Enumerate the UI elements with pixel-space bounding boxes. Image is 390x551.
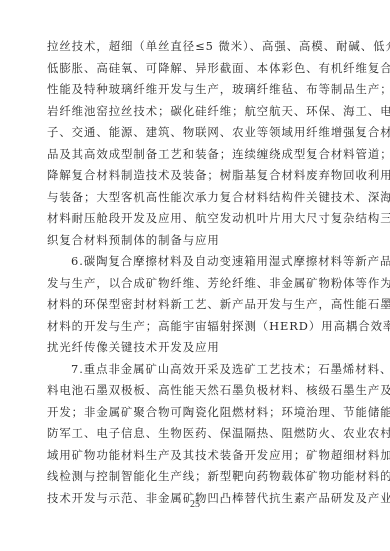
text-line: 降解复合材料制造技术及装备；树脂基复合材料废弃物回收利用技术 — [47, 165, 345, 187]
body-text: 拉丝技术，超细（单丝直径≤5 微米）、高强、高模、耐碱、低介电、 低膨胀、高硅氧… — [47, 36, 345, 509]
text-line: 品及其高效成型制备工艺和装备；连续缠绕成型复合材料管道；生物 — [47, 144, 345, 166]
text-line: 材料的环保型密封材料新工艺、新产品开发与生产，高性能石墨密封 — [47, 294, 345, 316]
item-6-first-line: 6.碳陶复合摩擦材料及自动变速箱用湿式摩擦材料等新产品的开 — [47, 251, 345, 273]
text-line: 子、交通、能源、建筑、物联网、农业等领域用纤维增强复合材料产 — [47, 122, 345, 144]
text-line: 发与生产，以合成矿物纤维、芳纶纤维、非金属矿物粉体等作为增强 — [47, 273, 345, 295]
text-line: 性能及特种玻璃纤维开发与生产，玻璃纤维毡、布等制品生产；玄武 — [47, 79, 345, 101]
text-line: 料电池石墨双极板、高性能天然石墨负极材料、核级石墨生产及应用 — [47, 380, 345, 402]
text-line: 开发；非金属矿聚合物可陶瓷化阻燃材料；环境治理、节能储能、国 — [47, 402, 345, 424]
text-line: 织复合材料预制体的制备与应用 — [47, 230, 345, 252]
text-line: 线检测与控制智能化生产线；新型靶向药物载体矿物功能材料的制备 — [47, 466, 345, 488]
text-line: 岩纤维池窑拉丝技术；碳化硅纤维；航空航天、环保、海工、电工电 — [47, 101, 345, 123]
page-number: 25 — [0, 499, 390, 510]
text-line: 材料耐压舱段开发及应用、航空发动机叶片用大尺寸复杂结构三维机 — [47, 208, 345, 230]
text-line: 拉丝技术，超细（单丝直径≤5 微米）、高强、高模、耐碱、低介电、 — [47, 36, 345, 58]
text-line: 扰光纤传像关键技术开发及应用 — [47, 337, 345, 359]
text-line: 域用矿物功能材料生产及其技术装备开发应用；矿物超细材料加工在 — [47, 445, 345, 467]
text-line: 低膨胀、高硅氧、可降解、异形截面、本体彩色、有机纤维复合等高 — [47, 58, 345, 80]
text-line: 与装备；大型客机高性能次承力复合材料结构件关键技术、深海复合 — [47, 187, 345, 209]
item-7-first-line: 7.重点非金属矿山高效开采及选矿工艺技术；石墨烯材料、氢燃 — [47, 359, 345, 381]
text-line: 防军工、电子信息、生物医药、保温隔热、阻燃防火、农业农村等领 — [47, 423, 345, 445]
text-line: 材料的开发与生产；高能宇宙辐射探测（HERD）用高耦合效率低串 — [47, 316, 345, 338]
document-page: 拉丝技术，超细（单丝直径≤5 微米）、高强、高模、耐碱、低介电、 低膨胀、高硅氧… — [0, 0, 390, 551]
